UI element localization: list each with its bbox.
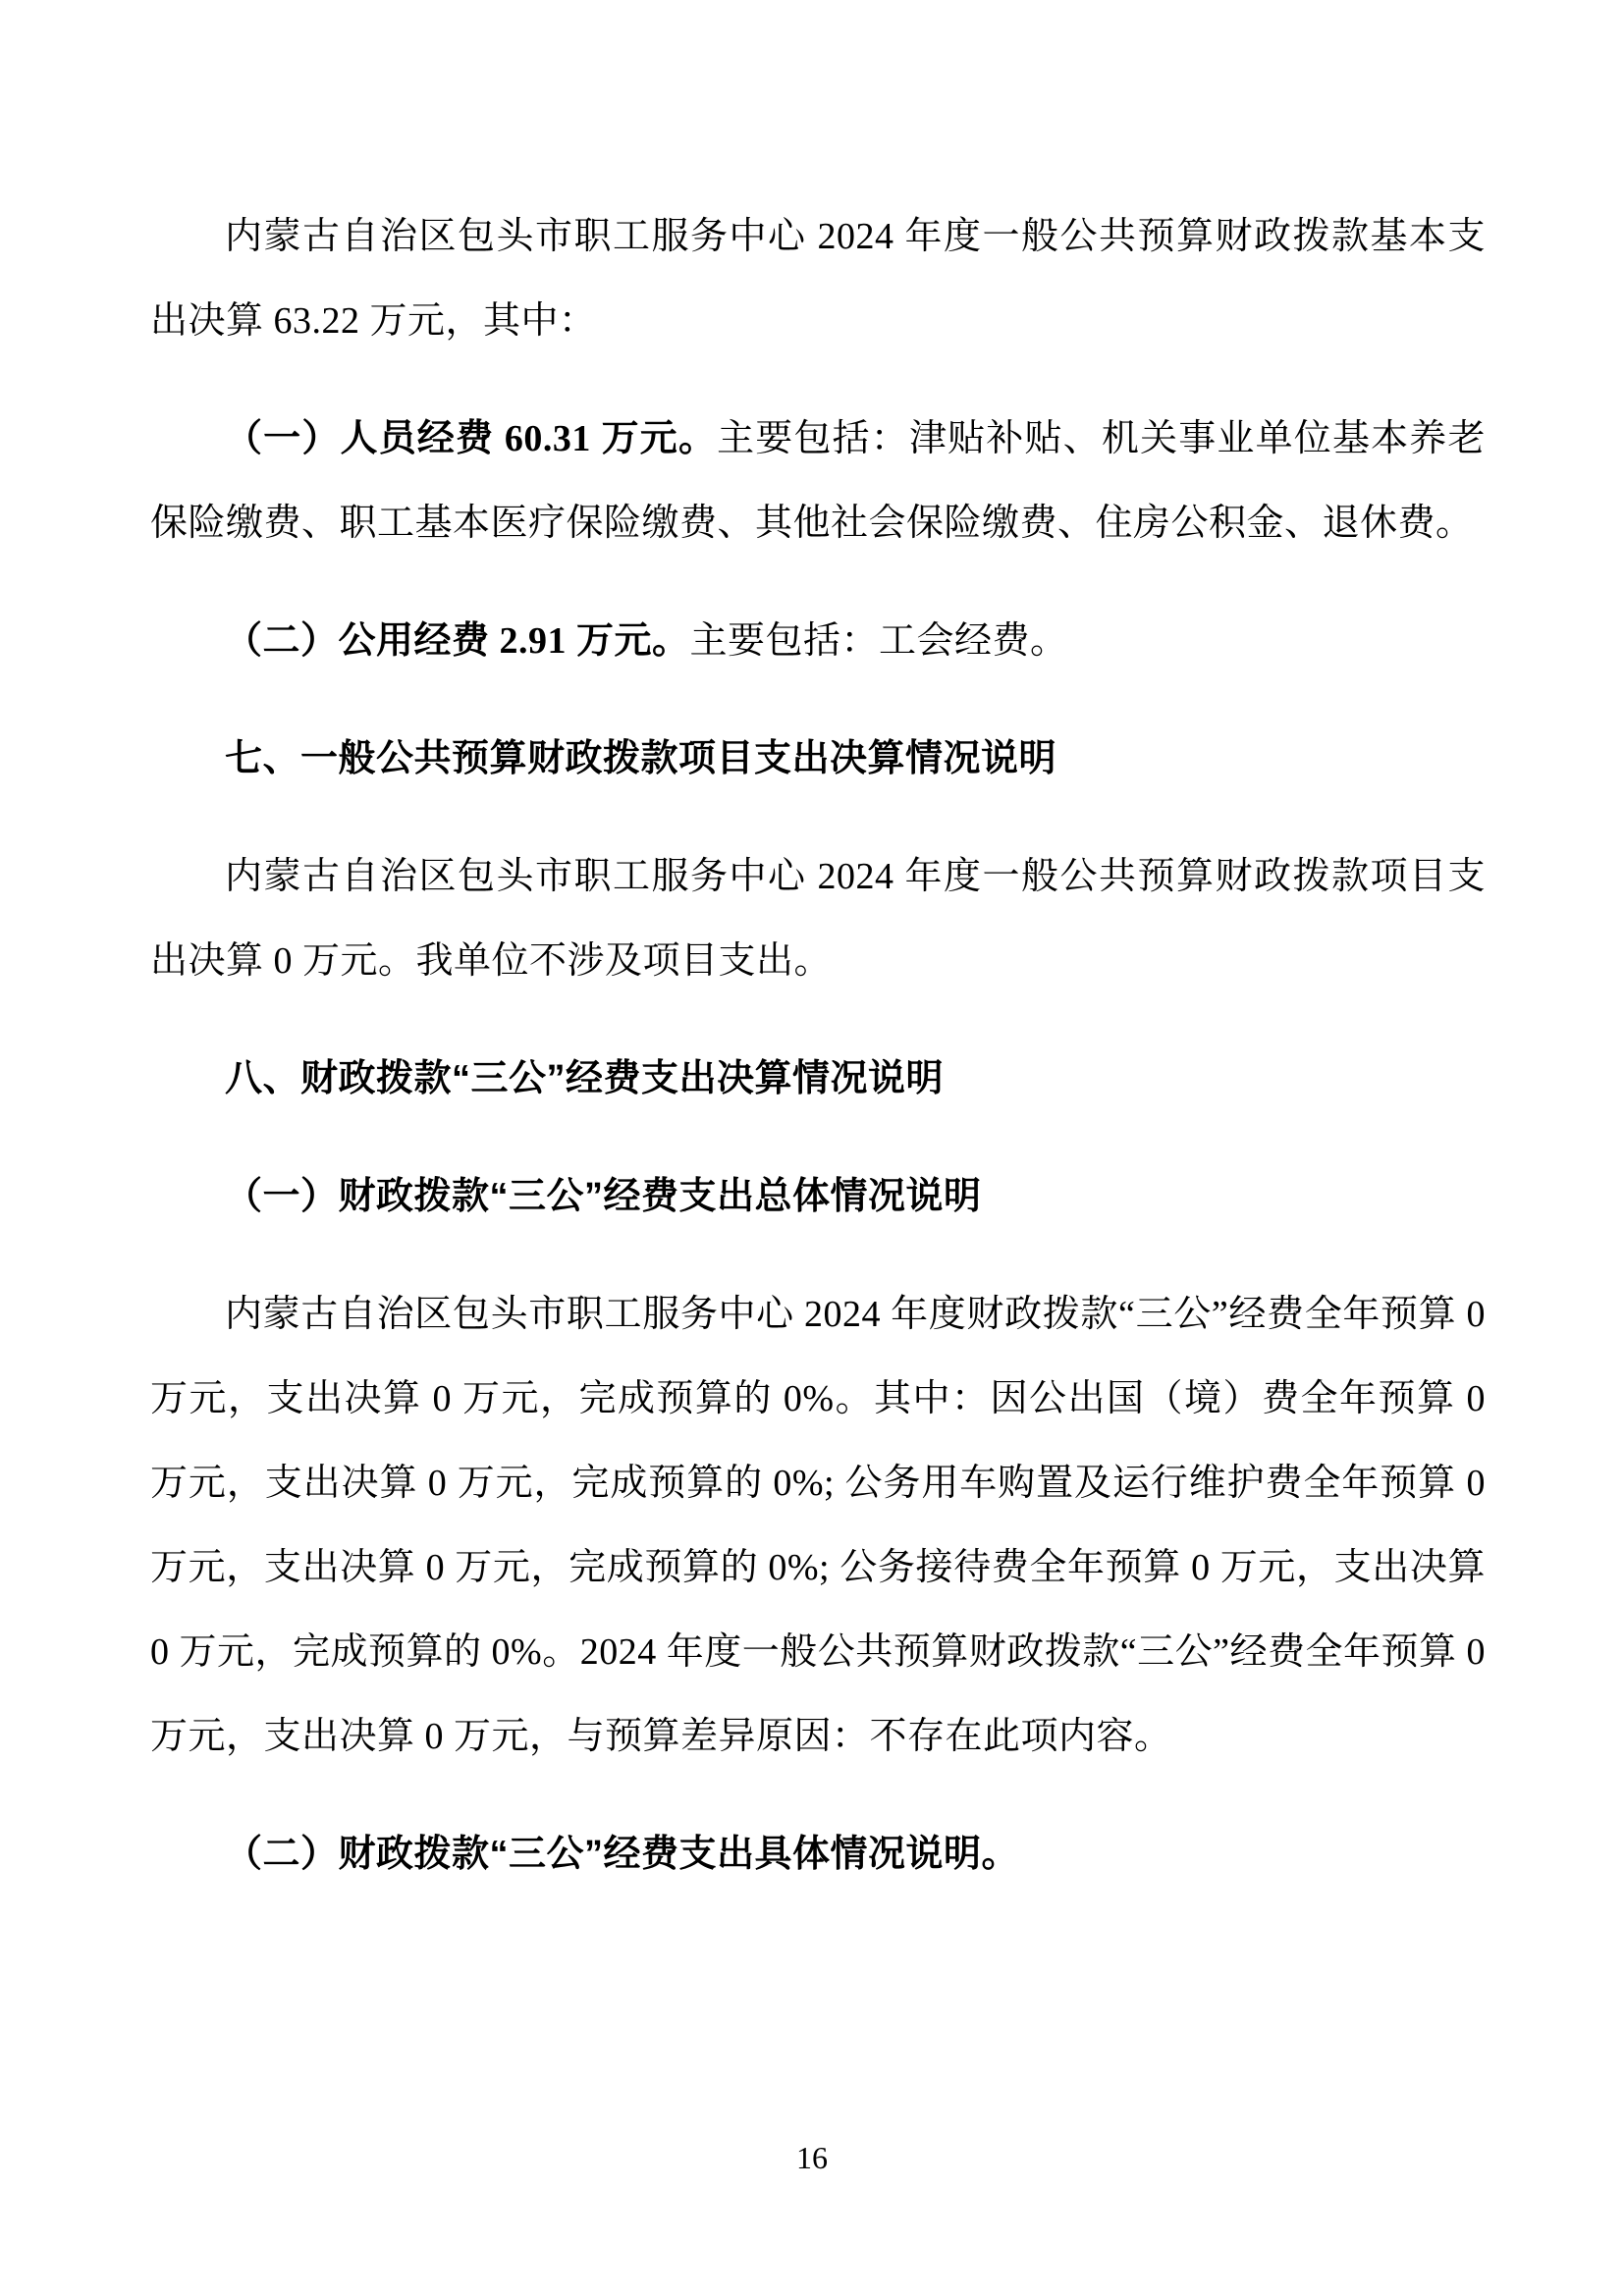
public-funds-label: （二）公用经费 2.91 万元。: [225, 620, 690, 662]
document-page: 内蒙古自治区包头市职工服务中心 2024 年度一般公共预算财政拨款基本支出决算 …: [0, 0, 1624, 2296]
paragraph-public-funds: （二）公用经费 2.91 万元。主要包括：工会经费。: [150, 599, 1486, 683]
public-funds-detail: 主要包括：工会经费。: [690, 620, 1068, 662]
page-number: 16: [0, 2140, 1624, 2175]
paragraph-basic-expenditure: 内蒙古自治区包头市职工服务中心 2024 年度一般公共预算财政拨款基本支出决算 …: [150, 194, 1486, 363]
section-8-sub1-heading: （一）财政拨款“三公”经费支出总体情况说明: [150, 1154, 1486, 1239]
personnel-funds-label: （一）人员经费 60.31 万元。: [225, 418, 717, 459]
paragraph-project-expenditure: 内蒙古自治区包头市职工服务中心 2024 年度一般公共预算财政拨款项目支出决算 …: [150, 834, 1486, 1003]
document-body: 内蒙古自治区包头市职工服务中心 2024 年度一般公共预算财政拨款基本支出决算 …: [150, 194, 1486, 1930]
section-8-heading: 八、财政拨款“三公”经费支出决算情况说明: [150, 1037, 1486, 1121]
paragraph-three-public-overview: 内蒙古自治区包头市职工服务中心 2024 年度财政拨款“三公”经费全年预算 0 …: [150, 1272, 1486, 1779]
paragraph-personnel-funds: （一）人员经费 60.31 万元。主要包括：津贴补贴、机关事业单位基本养老保险缴…: [150, 397, 1486, 565]
section-7-heading: 七、一般公共预算财政拨款项目支出决算情况说明: [150, 717, 1486, 801]
section-8-sub2-heading: （二）财政拨款“三公”经费支出具体情况说明。: [150, 1812, 1486, 1896]
